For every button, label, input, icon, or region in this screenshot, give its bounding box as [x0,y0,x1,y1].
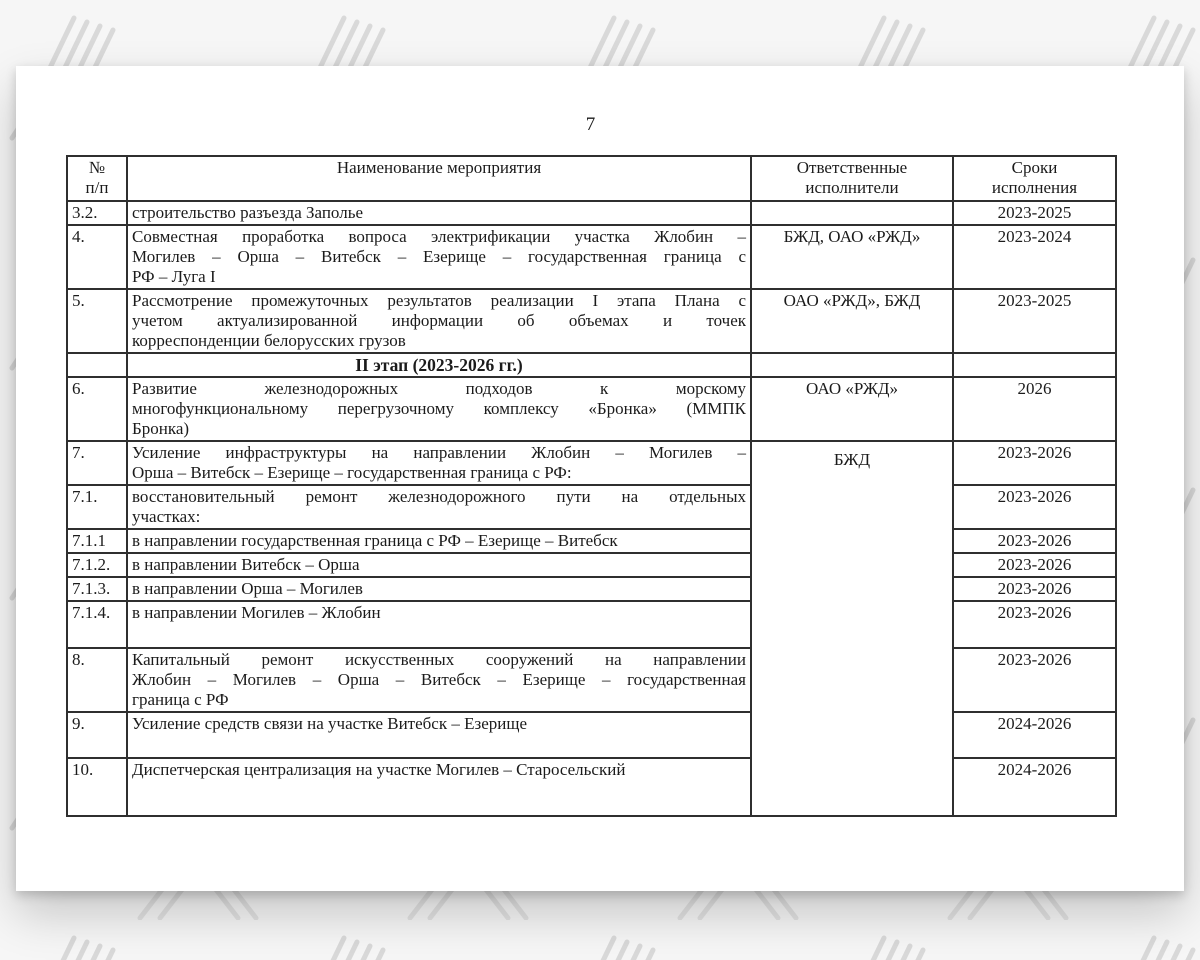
cell-dates: 2024-2026 [953,712,1116,758]
activity-name-line: в направлении Могилев – Жлобин [132,603,746,623]
cell-dates: 2023-2026 [953,553,1116,577]
page-number: 7 [66,114,1115,136]
cell-responsible [751,353,953,377]
document-page: 7 №п/пНаименование мероприятияОтветствен… [16,66,1184,891]
cell-num: 7.1.2. [67,553,127,577]
activity-name-line: восстановительный ремонт железнодорожног… [132,487,746,507]
cell-activity-name: Рассмотрение промежуточных результатов р… [127,289,751,353]
activity-name-line: многофункциональному перегрузочному комп… [132,399,746,419]
table-row: 9.Усиление средств связи на участке Вите… [67,712,1116,758]
activities-table: №п/пНаименование мероприятияОтветственны… [66,155,1117,817]
header-name-line: Наименование мероприятия [132,158,746,178]
cell-num: 7. [67,441,127,485]
table-head: №п/пНаименование мероприятияОтветственны… [67,156,1116,201]
cell-num: 6. [67,377,127,441]
cell-dates: 2023-2024 [953,225,1116,289]
cell-num: 5. [67,289,127,353]
cell-dates: 2023-2026 [953,529,1116,553]
header-dates-line: Сроки [958,158,1111,178]
cell-dates [953,353,1116,377]
activity-name-line: строительство разъезда Заполье [132,203,746,223]
table-row: 7.1.3.в направлении Орша – Могилев2023-2… [67,577,1116,601]
cell-activity-name: Совместная проработка вопроса электрифик… [127,225,751,289]
activity-name-line: Жлобин – Могилев – Орша – Витебск – Езер… [132,670,746,690]
cell-activity-name: Развитие железнодорожных подходов к морс… [127,377,751,441]
header-num: №п/п [67,156,127,201]
cell-num: 3.2. [67,201,127,225]
cell-num [67,353,127,377]
activity-name-line: в направлении государственная граница с … [132,531,746,551]
cell-num: 7.1.3. [67,577,127,601]
cell-activity-name: Усиление средств связи на участке Витебс… [127,712,751,758]
table-row: 5.Рассмотрение промежуточных результатов… [67,289,1116,353]
cell-dates: 2023-2026 [953,485,1116,529]
cell-activity-name: в направлении Витебск – Орша [127,553,751,577]
header-resp-line: Ответственные [756,158,948,178]
activity-name-line: Развитие железнодорожных подходов к морс… [132,379,746,399]
activity-name-line: Усиление инфраструктуры на направлении Ж… [132,443,746,463]
cell-activity-name: в направлении Могилев – Жлобин [127,601,751,648]
cell-num: 7.1. [67,485,127,529]
activity-name-line: учетом актуализированной информации об о… [132,311,746,331]
cell-dates: 2023-2026 [953,601,1116,648]
header-resp: Ответственныеисполнители [751,156,953,201]
header-dates-line: исполнения [958,178,1111,198]
table-row: 8.Капитальный ремонт искусственных соору… [67,648,1116,712]
section-title-text: II этап (2023-2026 гг.) [132,355,746,375]
cell-dates: 2023-2026 [953,648,1116,712]
activity-name-line: в направлении Витебск – Орша [132,555,746,575]
cell-activity-name: Усиление инфраструктуры на направлении Ж… [127,441,751,485]
cell-num: 4. [67,225,127,289]
header-resp-line: исполнители [756,178,948,198]
header-dates: Срокиисполнения [953,156,1116,201]
cell-responsible: БЖД [751,441,953,816]
table-row: 7.1.восстановительный ремонт железнодоро… [67,485,1116,529]
header-num-line: № [72,158,122,178]
table-row: 10.Диспетчерская централизация на участк… [67,758,1116,816]
cell-activity-name: в направлении государственная граница с … [127,529,751,553]
activity-name-line: Диспетчерская централизация на участке М… [132,760,746,780]
activity-name-line: Бронка) [132,419,746,439]
table-row: 7.1.2.в направлении Витебск – Орша2023-2… [67,553,1116,577]
table-row: 4.Совместная проработка вопроса электриф… [67,225,1116,289]
activity-name-line: в направлении Орша – Могилев [132,579,746,599]
cell-responsible: ОАО «РЖД» [751,377,953,441]
header-num-line: п/п [72,178,122,198]
header-name: Наименование мероприятия [127,156,751,201]
cell-activity-name: Диспетчерская централизация на участке М… [127,758,751,816]
cell-activity-name: в направлении Орша – Могилев [127,577,751,601]
activity-name-line: корреспонденции белорусских грузов [132,331,746,351]
activity-name-line: граница с РФ [132,690,746,710]
cell-responsible: БЖД, ОАО «РЖД» [751,225,953,289]
cell-num: 8. [67,648,127,712]
cell-activity-name: Капитальный ремонт искусственных сооруже… [127,648,751,712]
cell-dates: 2023-2026 [953,577,1116,601]
cell-dates: 2023-2026 [953,441,1116,485]
table-row: 7.1.4.в направлении Могилев – Жлобин2023… [67,601,1116,648]
cell-num: 7.1.4. [67,601,127,648]
cell-dates: 2026 [953,377,1116,441]
cell-responsible: ОАО «РЖД», БЖД [751,289,953,353]
cell-section-title: II этап (2023-2026 гг.) [127,353,751,377]
table-row: 3.2.строительство разъезда Заполье2023-2… [67,201,1116,225]
cell-dates: 2023-2025 [953,289,1116,353]
activity-name-line: Рассмотрение промежуточных результатов р… [132,291,746,311]
cell-activity-name: строительство разъезда Заполье [127,201,751,225]
header-row: №п/пНаименование мероприятияОтветственны… [67,156,1116,201]
activity-name-line: Капитальный ремонт искусственных сооруже… [132,650,746,670]
table-row: 7.Усиление инфраструктуры на направлении… [67,441,1116,485]
activity-name-line: Совместная проработка вопроса электрифик… [132,227,746,247]
cell-responsible [751,201,953,225]
cell-num: 9. [67,712,127,758]
section-row: II этап (2023-2026 гг.) [67,353,1116,377]
cell-num: 7.1.1 [67,529,127,553]
screenshot-stage: 7 №п/пНаименование мероприятияОтветствен… [0,0,1200,960]
activity-name-line: участках: [132,507,746,527]
table-body: 3.2.строительство разъезда Заполье2023-2… [67,201,1116,816]
activity-name-line: Орша – Витебск – Езерище – государственн… [132,463,746,483]
table-row: 7.1.1в направлении государственная грани… [67,529,1116,553]
activity-name-line: Могилев – Орша – Витебск – Езерище – гос… [132,247,746,267]
cell-dates: 2024-2026 [953,758,1116,816]
cell-dates: 2023-2025 [953,201,1116,225]
cell-activity-name: восстановительный ремонт железнодорожног… [127,485,751,529]
table-row: 6.Развитие железнодорожных подходов к мо… [67,377,1116,441]
activity-name-line: РФ – Луга I [132,267,746,287]
cell-num: 10. [67,758,127,816]
activity-name-line: Усиление средств связи на участке Витебс… [132,714,746,734]
